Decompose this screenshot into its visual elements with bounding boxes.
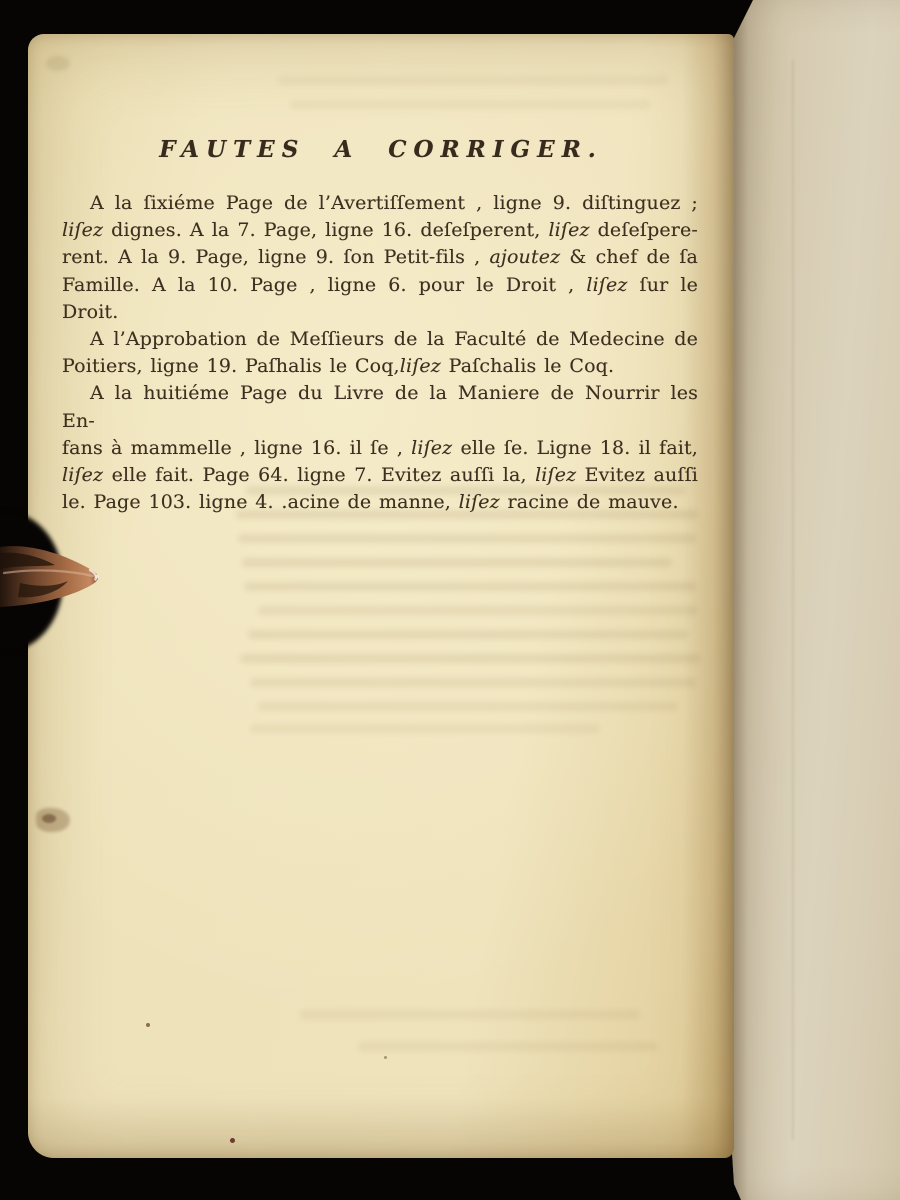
- brown-speck: [146, 1023, 150, 1027]
- paper-speck: [384, 1056, 387, 1059]
- errata-italic-word: liſez: [62, 464, 103, 486]
- ghost-line: [290, 100, 650, 109]
- errata-roman-text: A la huitiéme Page du Livre de la Manier…: [62, 382, 698, 431]
- errata-roman-text: elle ſe. Ligne 18. il fait,: [452, 437, 698, 459]
- ghost-line: [258, 702, 678, 711]
- errata-line: A la huitiéme Page du Livre de la Manier…: [62, 380, 698, 434]
- errata-line: liſez dignes. A la 7. Page, ligne 16. de…: [62, 217, 698, 244]
- foxing-stain: [46, 56, 70, 71]
- book-page: FAUTES A CORRIGER. A la ſixiéme Page de …: [28, 34, 734, 1158]
- errata-italic-word: ajoutez: [489, 246, 560, 268]
- ghost-line: [240, 654, 700, 663]
- errata-roman-text: ſur le: [628, 274, 698, 296]
- errata-roman-text: Famille. A la 10. Page , ligne 6. pour l…: [62, 274, 586, 296]
- errata-roman-text: Droit.: [62, 301, 118, 323]
- page-title: FAUTES A CORRIGER.: [28, 136, 734, 163]
- ghost-line: [250, 678, 696, 687]
- errata-roman-text: le. Page 103. ligne 4. .acine de manne,: [62, 491, 459, 513]
- ghost-line: [258, 606, 698, 615]
- flyleaf-crease: [792, 60, 794, 1140]
- ghost-line: [244, 582, 696, 591]
- errata-roman-text: deſeſpere-: [590, 219, 698, 241]
- errata-italic-word: liſez: [548, 219, 589, 241]
- errata-roman-text: racine de mauve.: [500, 491, 679, 513]
- errata-line: le. Page 103. ligne 4. .acine de manne, …: [62, 489, 698, 516]
- errata-line: Poitiers, ligne 19. Paſhalis le Coq,liſe…: [62, 353, 698, 380]
- errata-roman-text: dignes. A la 7. Page, ligne 16. deſeſper…: [103, 219, 548, 241]
- errata-roman-text: Evitez auſſi: [576, 464, 698, 486]
- errata-line: fans à mammelle , ligne 16. il ſe , liſe…: [62, 435, 698, 462]
- errata-roman-text: Paſchalis le Coq.: [441, 355, 614, 377]
- errata-italic-word: liſez: [586, 274, 627, 296]
- errata-italic-word: liſez: [535, 464, 576, 486]
- errata-roman-text: fans à mammelle , ligne 16. il ſe ,: [62, 437, 411, 459]
- ghost-line: [238, 534, 696, 543]
- ghost-line: [278, 76, 668, 85]
- errata-roman-text: A l’Approbation de Meſſieurs de la Facul…: [90, 328, 698, 350]
- errata-italic-word: liſez: [411, 437, 452, 459]
- ghost-line: [300, 1010, 640, 1019]
- errata-line: rent. A la 9. Page, ligne 9. ſon Petit-f…: [62, 244, 698, 271]
- ghost-line: [242, 558, 672, 567]
- errata-line: liſez elle fait. Page 64. ligne 7. Evite…: [62, 462, 698, 489]
- ghost-line: [250, 724, 600, 733]
- errata-text: A la ſixiéme Page de l’Avertiſſement , l…: [62, 190, 698, 516]
- page-bottom-shadow: [28, 1098, 734, 1158]
- red-speck: [230, 1138, 235, 1143]
- photo-scene: FAUTES A CORRIGER. A la ſixiéme Page de …: [0, 0, 900, 1200]
- copper-clasp-icon: [0, 543, 106, 611]
- errata-line: A la ſixiéme Page de l’Avertiſſement , l…: [62, 190, 698, 217]
- errata-italic-word: liſez: [400, 355, 441, 377]
- errata-italic-word: liſez: [62, 219, 103, 241]
- errata-roman-text: elle fait. Page 64. ligne 7. Evitez auſſ…: [103, 464, 535, 486]
- errata-italic-word: liſez: [459, 491, 500, 513]
- errata-roman-text: Poitiers, ligne 19. Paſhalis le Coq,: [62, 355, 400, 377]
- errata-line: A l’Approbation de Meſſieurs de la Facul…: [62, 326, 698, 353]
- errata-roman-text: rent. A la 9. Page, ligne 9. ſon Petit-f…: [62, 246, 489, 268]
- errata-line: Droit.: [62, 299, 698, 326]
- facing-page-edge: [722, 0, 900, 1200]
- ghost-line: [248, 630, 688, 639]
- errata-line: Famille. A la 10. Page , ligne 6. pour l…: [62, 272, 698, 299]
- errata-roman-text: A la ſixiéme Page de l’Avertiſſement , l…: [90, 192, 698, 214]
- ink-smudge-core: [42, 814, 56, 823]
- ghost-line: [358, 1042, 658, 1051]
- errata-roman-text: & chef de ſa: [560, 246, 698, 268]
